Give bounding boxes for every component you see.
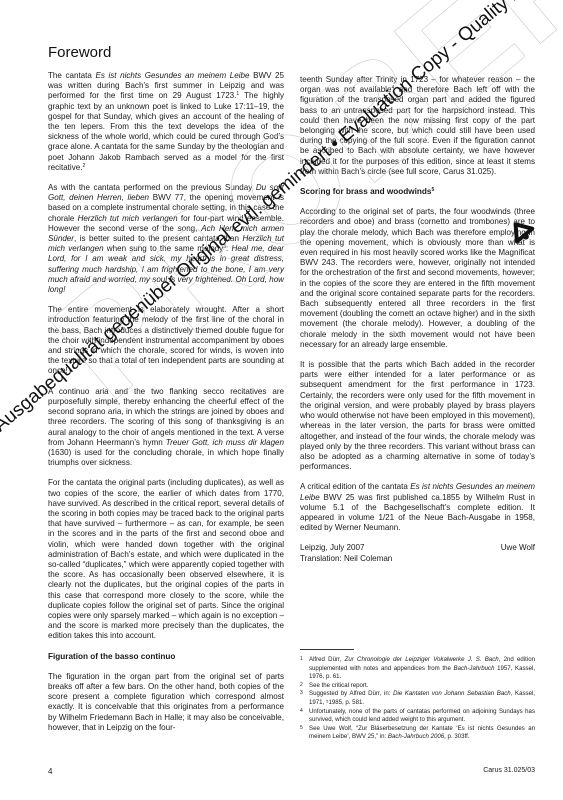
translator: Translation: Neil Coleman (300, 554, 535, 564)
paragraph: It is possible that the parts which Bach… (300, 360, 535, 472)
section-heading-continuo: Figuration of the basso continuo (48, 652, 284, 662)
footnote-divider (300, 649, 354, 650)
footnote-item: 5See Uwe Wolf, “Zur Bläserbesetzung der … (300, 725, 535, 742)
footnote-ref[interactable]: 2 (82, 163, 85, 169)
footnote-item: 3Suggested by Alfred Dürr, in: Die Kanta… (300, 690, 535, 707)
document-page: Foreword The cantata Es ist nichts Gesun… (0, 0, 563, 800)
footnote-item: 1Alfred Dürr, Zur Chronologie der Leipzi… (300, 656, 535, 682)
place-date: Leipzig, July 2007 (300, 543, 364, 553)
catalog-code: Carus 31.025/03 (483, 767, 535, 774)
paragraph: teenth Sunday after Trinity in 1723 – fo… (300, 75, 535, 177)
footnote-ref[interactable]: 5 (431, 187, 434, 193)
right-column: teenth Sunday after Trinity in 1723 – fo… (300, 75, 535, 574)
left-column: The cantata Es ist nichts Gesundes an me… (48, 71, 284, 743)
author: Uwe Wolf (501, 543, 535, 553)
paragraph: A critical edition of the cantata Es ist… (300, 482, 535, 533)
paragraph: The entire movement is elaborately wroug… (48, 305, 284, 376)
paragraph: The figuration in the organ part from th… (48, 672, 284, 733)
paragraph: The cantata Es ist nichts Gesundes an me… (48, 71, 284, 173)
footnote-item: 4Unfortunately, none of the parts of can… (300, 708, 535, 725)
page-number: 4 (48, 767, 52, 776)
paragraph: For the cantata the original parts (incl… (48, 478, 284, 641)
paragraph: A continuo aria and the two flanking sec… (48, 387, 284, 469)
footnote-item: 2See the critical report. (300, 682, 535, 691)
signature-line: Leipzig, July 2007 Uwe Wolf (300, 543, 535, 553)
page-title: Foreword (48, 44, 111, 61)
footnotes: 1Alfred Dürr, Zur Chronologie der Leipzi… (300, 656, 535, 742)
section-heading-brass: Scoring for brass and woodwinds5 (300, 187, 535, 197)
paragraph: According to the original set of parts, … (300, 207, 535, 350)
paragraph: As with the cantata performed on the pre… (48, 183, 284, 295)
